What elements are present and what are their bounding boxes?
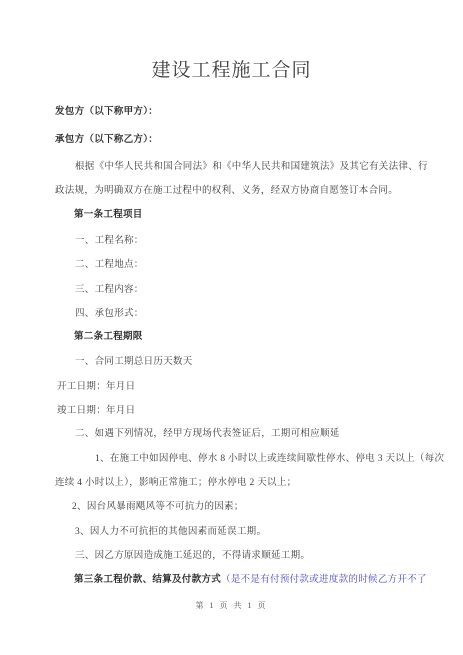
document-title: 建设工程施工合同 xyxy=(0,57,463,85)
start-date-item: 开工日期：年月日 xyxy=(57,380,135,394)
extension-cause-1-line-1: 1、在施工中如因停电、停水 8 小时以上或连续间歇性停水、停电 3 天以上（每次 xyxy=(95,452,444,466)
section-3-line: 第三条工程价款、结算及付款方式（是不是有付预付款或进度款的时候乙方开不了 xyxy=(74,573,427,587)
preamble-line-1: 根据《中华人民共和国合同法》和《中华人民共和国建筑法》及其它有关法律、行 xyxy=(75,160,428,174)
contract-document-page: 建设工程施工合同 发包方（以下称甲方）： 承包方（以下称乙方）： 根据《中华人民… xyxy=(0,0,463,655)
extension-cause-3: 3、因人力不可抗拒的其他因素而延误工期。 xyxy=(75,525,266,539)
completion-date-item: 竣工日期：年月日 xyxy=(57,404,135,418)
extension-cause-1-line-2: 连续 4 小时以上），影响正常施工；停水停电 2 天以上； xyxy=(55,476,296,490)
extension-cause-2: 2、因台风暴雨飓风等不可抗力的因素； xyxy=(72,500,244,514)
section-3-heading: 第三条工程价款、结算及付款方式 xyxy=(74,575,221,585)
party-b-label: 承包方（以下称乙方）： xyxy=(55,133,158,147)
contract-form-item: 四、承包形式： xyxy=(75,307,144,321)
project-name-item: 一、工程名称： xyxy=(75,234,144,248)
section-2-heading: 第二条工程期限 xyxy=(74,330,143,344)
project-location-item: 二、工程地点： xyxy=(75,258,144,272)
party-a-label: 发包方（以下称甲方）： xyxy=(55,105,158,119)
section-1-heading: 第一条工程项目 xyxy=(74,208,143,222)
page-number-footer: 第 1 页 共 1 页 xyxy=(0,599,463,613)
project-content-item: 三、工程内容： xyxy=(75,283,144,297)
no-extension-clause: 三、因乙方原因造成施工延迟的，不得请求顺延工期。 xyxy=(75,549,310,563)
preamble-line-2: 政法规，为明确双方在施工过程中的权利、义务，经双方协商自愿签订本合同。 xyxy=(55,184,398,198)
duration-days-item: 一、合同工期总日历天数天 xyxy=(75,355,193,369)
extension-clause-item: 二、如遇下列情况，经甲方现场代表签证后，工期可相应顺延 xyxy=(75,427,340,441)
section-3-blue-note: （是不是有付预付款或进度款的时候乙方开不了 xyxy=(221,575,427,585)
